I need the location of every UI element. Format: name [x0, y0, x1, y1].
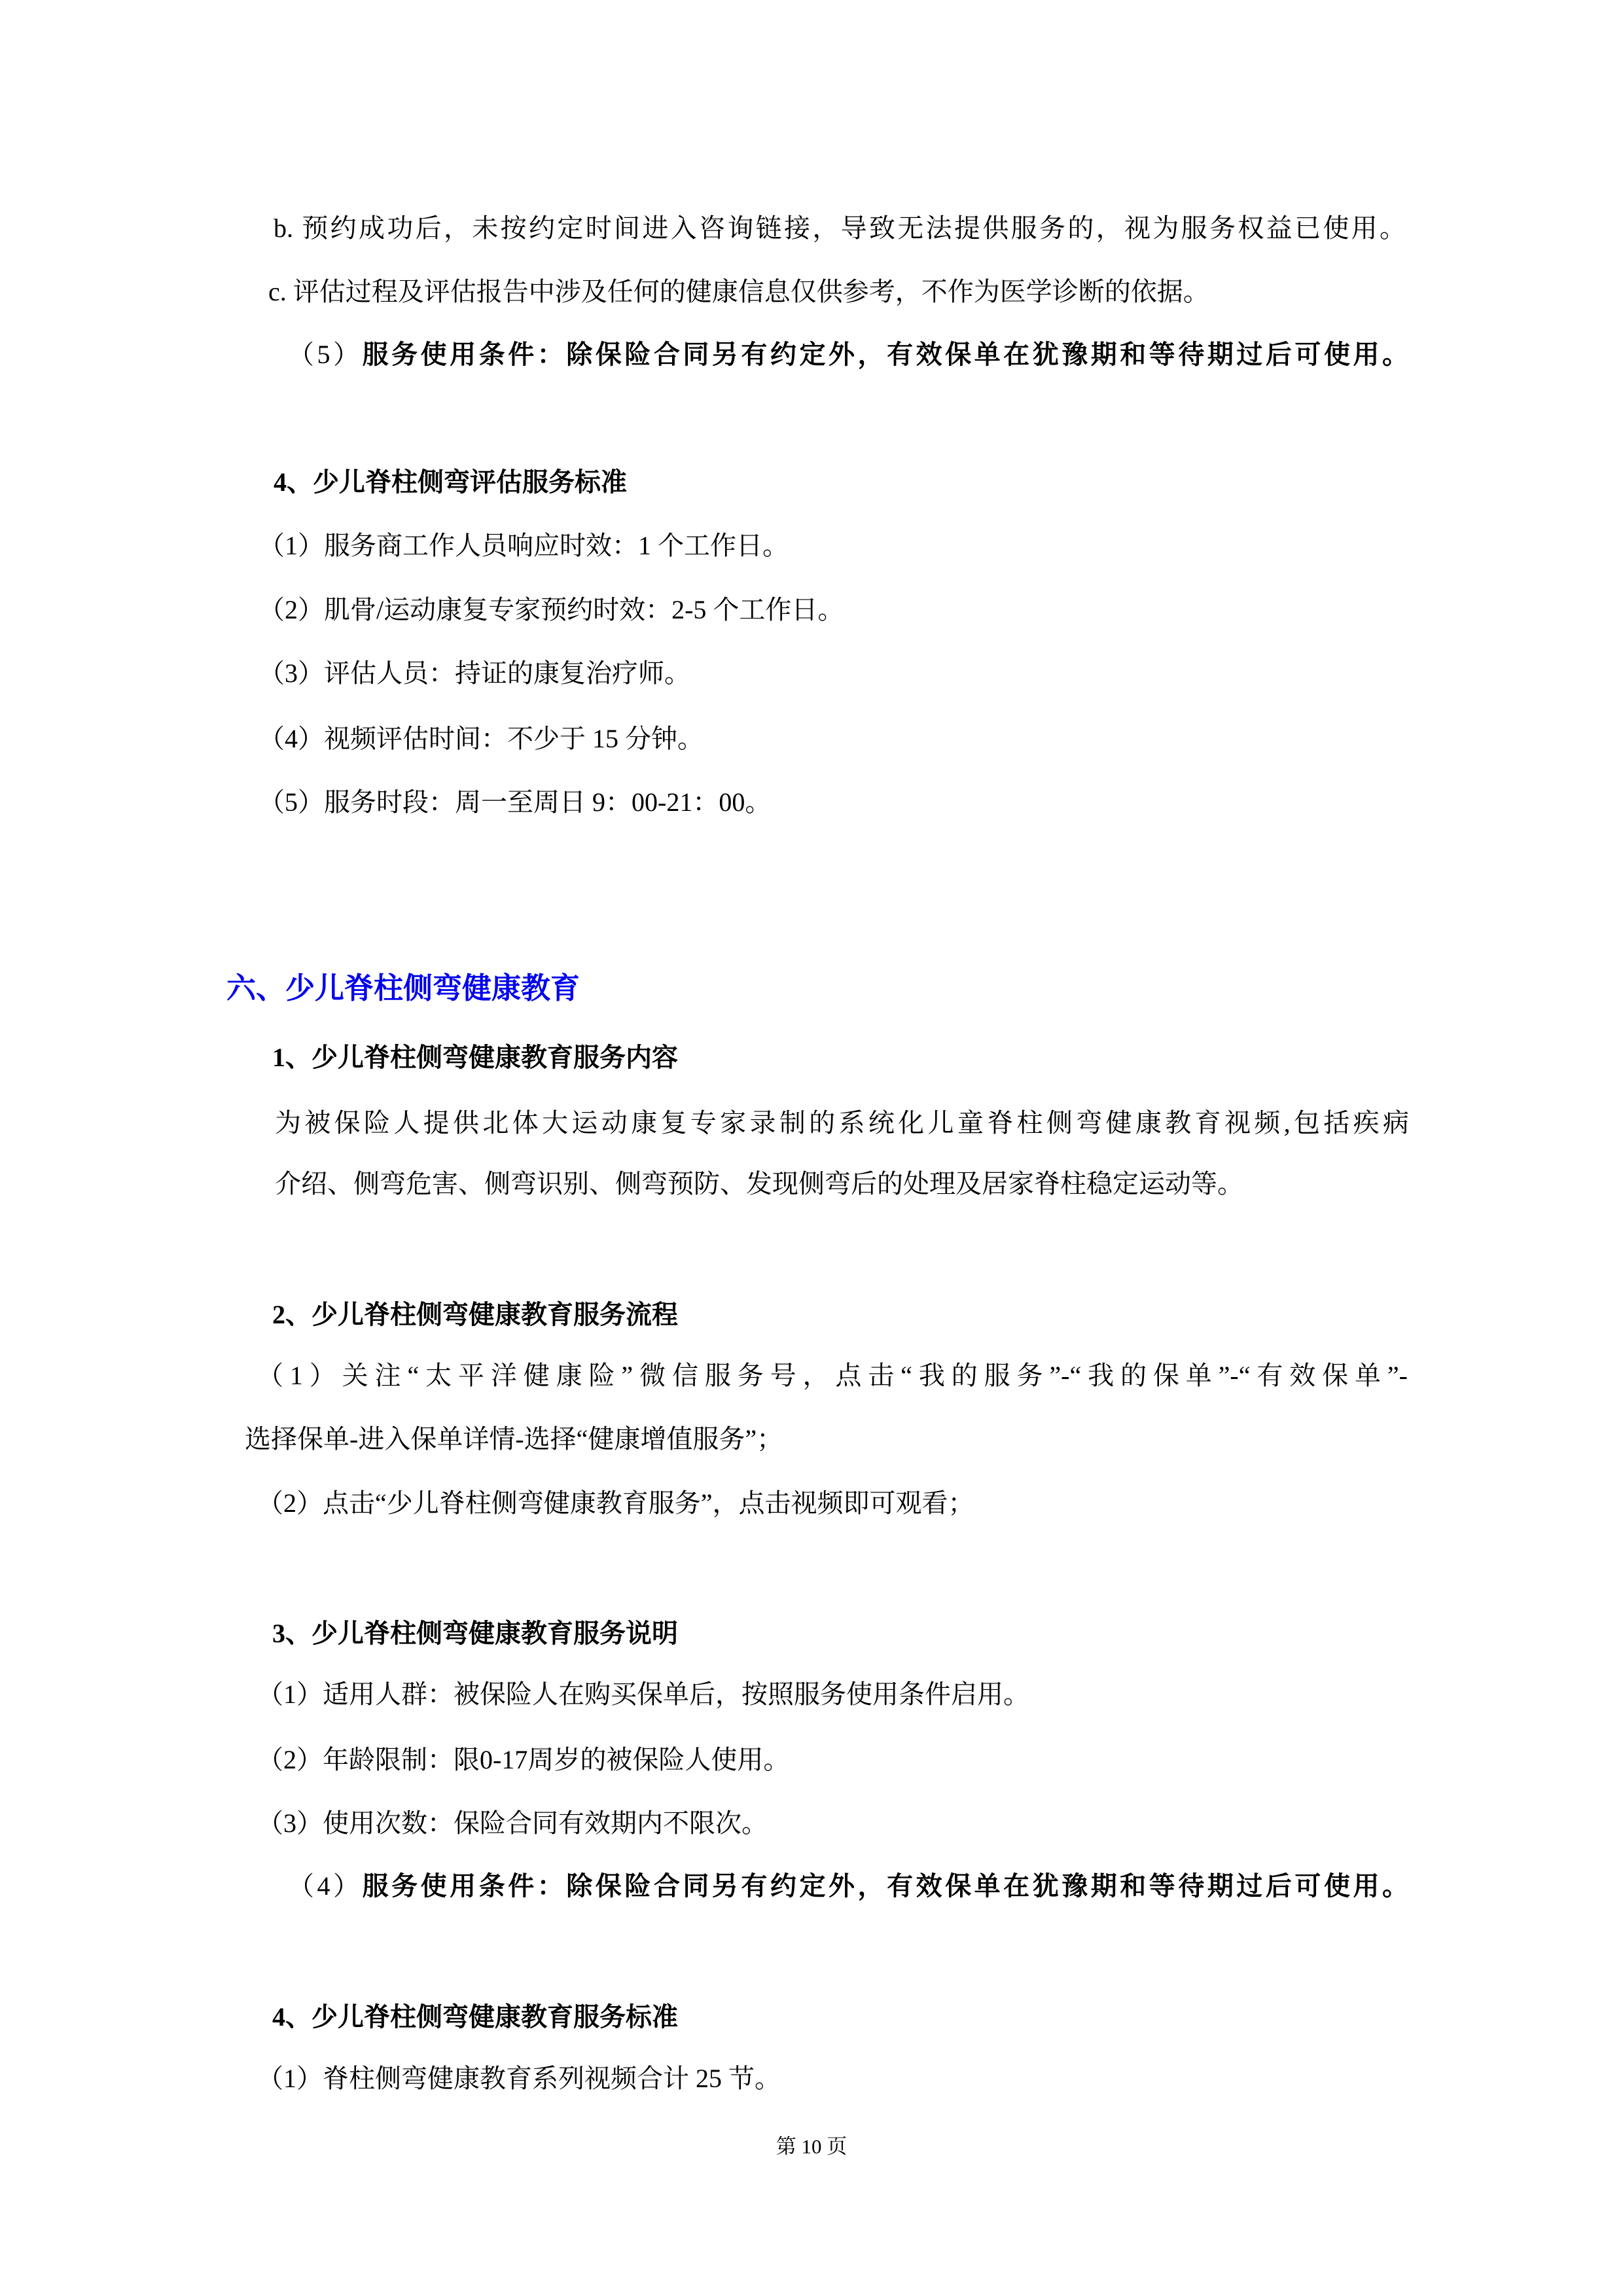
edu-notes-item-2: （2）年龄限制：限0-17周岁的被保险人使用。 — [257, 1745, 789, 1775]
service-condition-text: 服务使用条件：除保险合同另有约定外，有效保单在犹豫期和等待期过后可使用。 — [363, 340, 1408, 369]
heading-edu-process: 2、少儿脊柱侧弯健康教育服务流程 — [272, 1300, 678, 1330]
heading-assess-standard: 4、少儿脊柱侧弯评估服务标准 — [274, 467, 627, 497]
paragraph-item-c: c. 评估过程及评估报告中涉及任何的健康信息仅供参考，不作为医学诊断的依据。 — [268, 277, 1209, 307]
edu-process-item-2: （2）点击“少儿脊柱侧弯健康教育服务”，点击视频即可观看； — [257, 1488, 974, 1518]
assess-standard-item-5: （5）服务时段：周一至周日 9：00-21：00。 — [259, 787, 771, 817]
heading-edu-notes: 3、少儿脊柱侧弯健康教育服务说明 — [272, 1619, 678, 1649]
service-condition-item-4: （4）服务使用条件：除保险合同另有约定外，有效保单在犹豫期和等待期过后可使用。 — [288, 1871, 1408, 1901]
section-heading-six: 六、少儿脊柱侧弯健康教育 — [226, 973, 580, 1003]
edu-content-line-1: 为被保险人提供北体大运动康复专家录制的系统化儿童脊柱侧弯健康教育视频,包括疾病 — [275, 1108, 1409, 1138]
service-condition-item-5: （5）服务使用条件：除保险合同另有约定外，有效保单在犹豫期和等待期过后可使用。 — [288, 340, 1408, 370]
edu-content-line-2: 介绍、侧弯危害、侧弯识别、侧弯预防、发现侧弯后的处理及居家脊柱稳定运动等。 — [275, 1169, 1243, 1199]
edu-notes-item-3: （3）使用次数：保险合同有效期内不限次。 — [257, 1808, 768, 1839]
footer-page-number: 第 10 页 — [0, 2135, 1623, 2159]
assess-standard-item-2: （2）肌骨/运动康复专家预约时效：2-5 个工作日。 — [259, 595, 844, 625]
service-condition-text: 服务使用条件：除保险合同另有约定外，有效保单在犹豫期和等待期过后可使用。 — [363, 1871, 1408, 1901]
assess-standard-item-1: （1）服务商工作人员响应时效：1 个工作日。 — [259, 531, 789, 561]
document-page: b. 预约成功后，未按约定时间进入咨询链接，导致无法提供服务的，视为服务权益已使… — [0, 0, 1623, 2296]
assess-standard-item-4: （4）视频评估时间：不少于 15 分钟。 — [259, 724, 704, 754]
assess-standard-item-3: （3）评估人员：持证的康复治疗师。 — [259, 658, 690, 689]
edu-process-item-1-line-2: 选择保单-进入保单详情-选择“健康增值服务”； — [245, 1424, 783, 1454]
item-number: （5） — [288, 340, 363, 369]
edu-notes-item-1: （1）适用人群：被保险人在购买保单后，按照服务使用条件启用。 — [257, 1679, 1029, 1710]
heading-edu-standard: 4、少儿脊柱侧弯健康教育服务标准 — [272, 2002, 678, 2032]
edu-standard-item-1: （1）脊柱侧弯健康教育系列视频合计 25 节。 — [257, 2064, 781, 2094]
edu-process-item-1-line-1: （1）关注“太平洋健康险”微信服务号，点击“我的服务”-“我的保单”-“有效保单… — [257, 1361, 1408, 1391]
heading-edu-content: 1、少儿脊柱侧弯健康教育服务内容 — [272, 1043, 678, 1073]
paragraph-item-b: b. 预约成功后，未按约定时间进入咨询链接，导致无法提供服务的，视为服务权益已使… — [274, 213, 1406, 243]
item-number: （4） — [288, 1871, 363, 1901]
